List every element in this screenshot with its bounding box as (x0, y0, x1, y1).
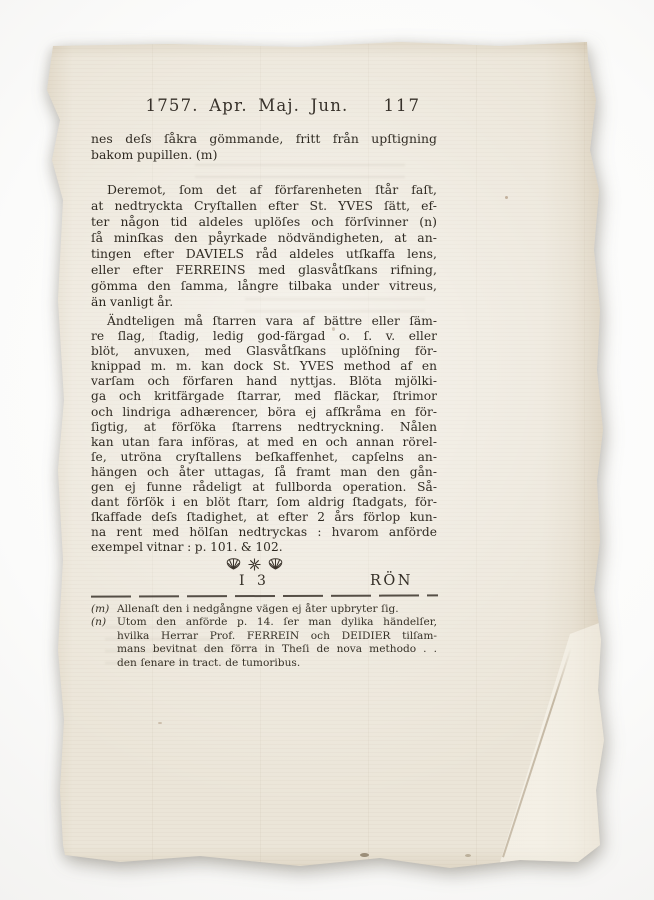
scallop-shell-icon (225, 558, 242, 570)
paragraph-continuation: nes deſs ſåkra gömmande, fritt från upſt… (91, 131, 437, 163)
footnote-marker: (n) (91, 616, 117, 629)
footnote-line: Allenaſt den i nedgångne vägen ej åter u… (117, 603, 437, 616)
footnote-line: mans bevitnat den förra in Theſi de nova… (117, 643, 437, 656)
paper-speck (505, 196, 508, 199)
text-line: at nedtryckta Cryſtallen efter St. YVES … (91, 198, 437, 214)
footnote-n-continuation: hvilka Herrar Prof. FERREIN och DEIDIER … (91, 630, 437, 643)
paper-speck (360, 853, 369, 857)
text-line: ſe, utröna cryſtallens beſkaffenhet, cap… (91, 450, 437, 465)
paper-speck (158, 722, 162, 724)
crease-line (502, 648, 572, 858)
text-line: bakom pupillen. (m) (91, 147, 437, 163)
text-line: ſigtig, at förſöka ſtarrens nedtryckning… (91, 420, 437, 435)
signature-mark: I 3 (239, 573, 270, 589)
footnote-n-continuation: mans bevitnat den förra in Theſi de nova… (91, 643, 437, 656)
running-header: 1757. Apr. Maj. Jun. 117 (91, 96, 437, 118)
text-line: eller efter FERREINS med glasvåtſkans ri… (91, 262, 437, 278)
text-line: varſam och förfaren hand nyttjas. Blöta … (91, 374, 437, 389)
text-line: Ändteligen må ſtarren vara af bättre ell… (91, 314, 437, 329)
text-line: knippad m. m. kan dock St. YVES method a… (91, 359, 437, 374)
paragraph-andteligen: Ändteligen må ſtarren vara af bättre ell… (91, 314, 437, 556)
text-line: Deremot, ſom det af förfarenheten ſtår f… (91, 182, 437, 198)
footnote-rule (91, 594, 438, 597)
text-line: na rent med hölſan nedtryckas : hvarom a… (91, 525, 437, 540)
text-line: hängen och åter uttagas, ſå framt man de… (91, 465, 437, 480)
text-line: än vanligt år. (91, 294, 437, 310)
text-line: ſå minſkas den påyrkade nödvändigheten, … (91, 230, 437, 246)
text-line: ſkaffade deſs ſtadighet, at efter 2 års … (91, 510, 437, 525)
footnote-line: Utom den anförde p. 14. ſer man dylika h… (117, 616, 437, 629)
text-line: re ſlag, ſtadig, ledig god-färgad o. ſ. … (91, 329, 437, 344)
text-line: gömma den ſamma, långre tilbaka under vi… (91, 278, 437, 294)
text-line: tingen efter DAVIELS råd aldeles utſkaff… (91, 246, 437, 262)
signature-line: I 3 RÖN (91, 573, 437, 591)
text-line: dant förſök i en blöt ſtarr, ſom aldrig … (91, 495, 437, 510)
footnote-line: den ſenare in tract. de tumoribus. (117, 657, 437, 670)
footnotes: (m) Allenaſt den i nedgångne vägen ej åt… (91, 603, 437, 670)
text-line: nes deſs ſåkra gömmande, fritt från upſt… (91, 131, 437, 147)
photo-background: 1757. Apr. Maj. Jun. 117 nes deſs ſåkra … (0, 0, 654, 900)
text-line: gen ej funne rådeligt at fullborda opera… (91, 480, 437, 495)
paper-speck (332, 327, 335, 331)
footnote-indent (91, 630, 117, 643)
footnote-indent (91, 643, 117, 656)
text-line: exempel vitnar : p. 101. & 102. (91, 540, 437, 555)
star-icon (248, 558, 261, 571)
text-line: blöt, anvuxen, med Glasvåtſkans uplöſnin… (91, 344, 437, 359)
page-number: 117 (384, 96, 422, 115)
paragraph-deremot: Deremot, ſom det af förfarenheten ſtår f… (91, 182, 437, 310)
section-ornament (81, 556, 427, 572)
paper-speck (465, 854, 471, 857)
catchword: RÖN (370, 573, 413, 589)
footnote-marker: (m) (91, 603, 117, 616)
page-shadow: 1757. Apr. Maj. Jun. 117 nes deſs ſåkra … (0, 0, 654, 900)
text-line: ga och kritfärgade ſtarrar, med fläckar,… (91, 389, 437, 404)
book-page: 1757. Apr. Maj. Jun. 117 nes deſs ſåkra … (45, 36, 607, 872)
footnote-indent (91, 657, 117, 670)
text-line: ter någon tid aldeles uplöſes och förſvi… (91, 214, 437, 230)
text-line: och lindriga adhærencer, böra ej afſkråm… (91, 405, 437, 420)
footnote-line: hvilka Herrar Prof. FERREIN och DEIDIER … (117, 630, 437, 643)
journal-date: 1757. Apr. Maj. Jun. (146, 96, 349, 115)
show-through-smudge (195, 164, 405, 180)
footnote-m: (m) Allenaſt den i nedgångne vägen ej åt… (91, 603, 437, 616)
text-line: kan utan fara införas, at med en och ann… (91, 435, 437, 450)
footnote-n: (n) Utom den anförde p. 14. ſer man dyli… (91, 616, 437, 629)
scallop-shell-icon (267, 558, 284, 570)
footnote-n-continuation: den ſenare in tract. de tumoribus. (91, 657, 437, 670)
